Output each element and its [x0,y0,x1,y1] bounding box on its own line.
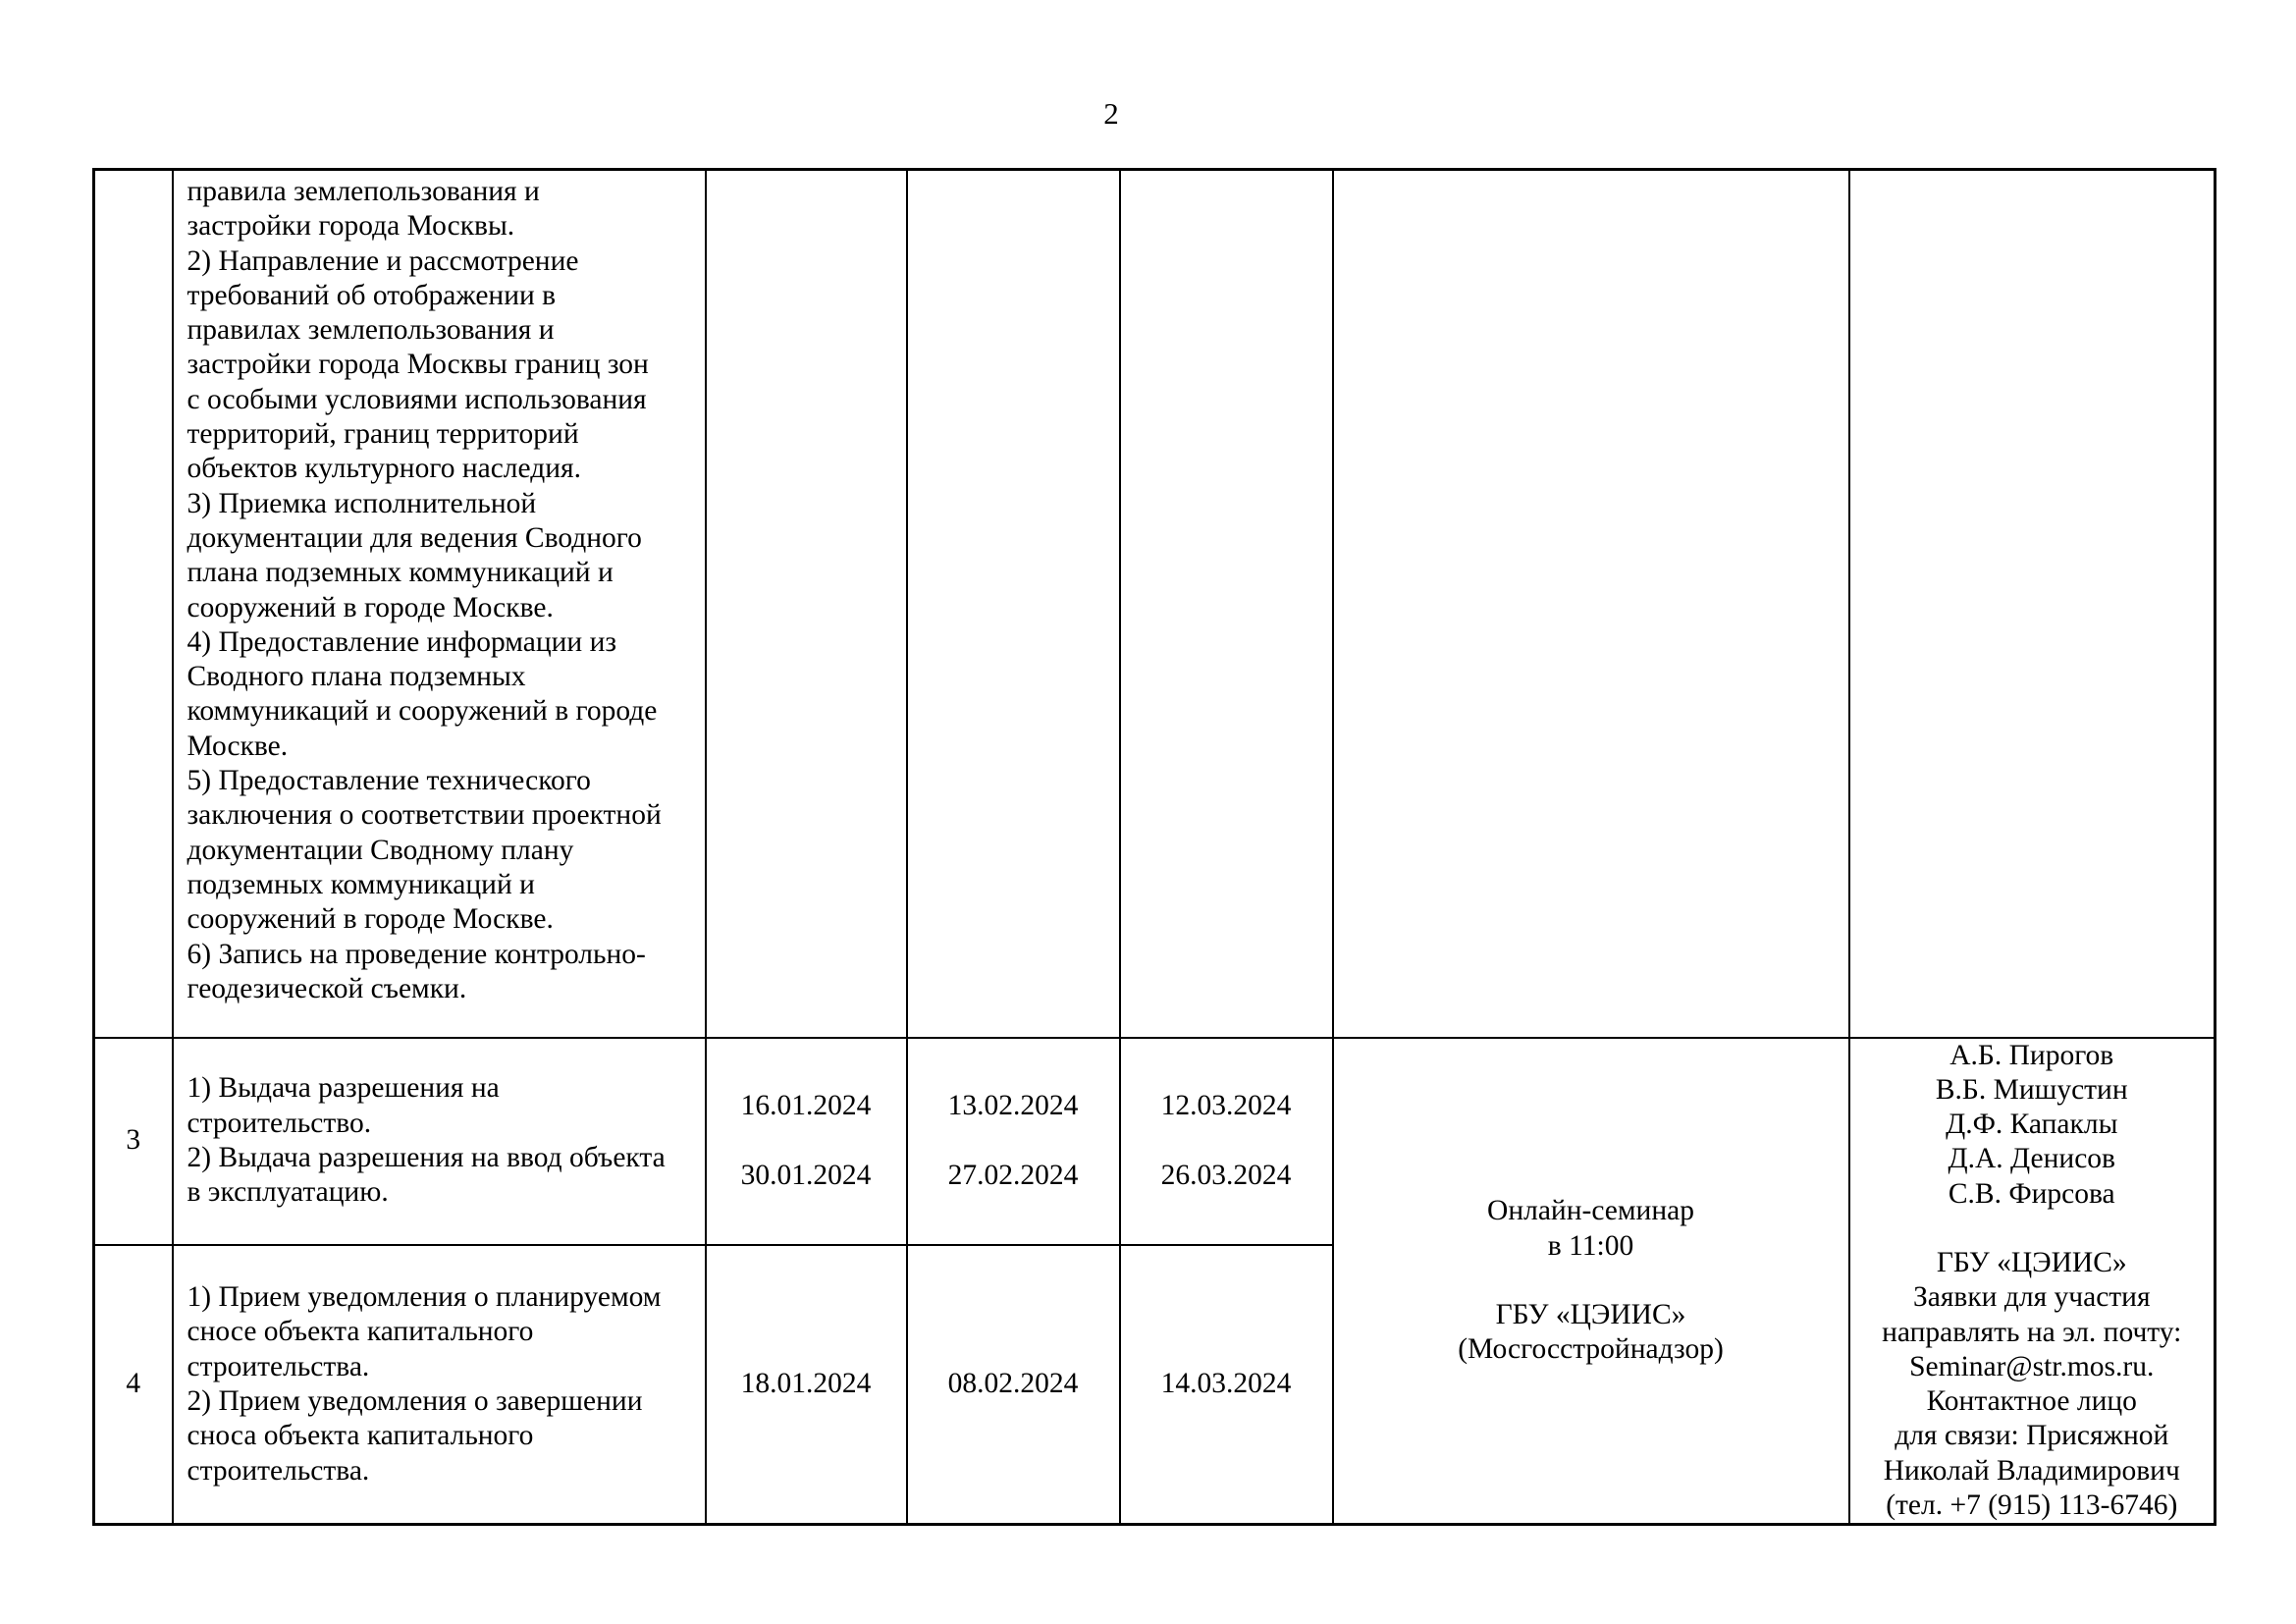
service-line: 2) Прием уведомления о завершении [187,1384,697,1419]
speaker-name: Д.А. Денисов [1850,1142,2215,1176]
service-line: 1) Прием уведомления о планируемом [187,1280,697,1315]
service-line: требований об отображении в [187,279,697,313]
format-cell-empty [1333,170,1849,1038]
service-line: объектов культурного наследия. [187,452,697,486]
services-cell: 1) Выдача разрешения настроительство.2) … [173,1038,706,1245]
format-time: в 11:00 [1334,1229,1848,1264]
service-line: строительство. [187,1107,697,1141]
speaker-name: С.В. Фирсова [1850,1177,2215,1212]
seminar-date: 26.03.2024 [1121,1159,1332,1193]
seminar-date: 12.03.2024 [1121,1089,1332,1123]
registration-info-line: (тел. +7 (915) 113-6746) [1850,1489,2215,1523]
seminar-date: 14.03.2024 [1121,1367,1332,1401]
service-line: сносе объекта капитального [187,1315,697,1349]
row-number-cell: 3 [94,1038,173,1245]
service-line: Москве. [187,730,697,764]
format-cell: Онлайн-семинар в 11:00 ГБУ «ЦЭИИС» (Мосг… [1333,1038,1849,1525]
march-dates-cell: 12.03.202426.03.2024 [1120,1038,1333,1245]
service-line: документации для ведения Сводного [187,521,697,556]
service-line: 2) Выдача разрешения на ввод объекта [187,1141,697,1175]
seminar-date: 08.02.2024 [908,1367,1119,1401]
service-line: в эксплуатацию. [187,1175,697,1210]
registration-info-line: Николай Владимирович [1850,1454,2215,1489]
speakers-org: ГБУ «ЦЭИИС» [1850,1246,2215,1280]
service-line: сооружений в городе Москве. [187,902,697,937]
speakers-cell-empty [1849,170,2216,1038]
service-line: сооружений в городе Москве. [187,591,697,625]
service-line: 2) Направление и рассмотрение [187,244,697,279]
format-type: Онлайн-семинар [1334,1194,1848,1228]
service-line: 1) Выдача разрешения на [187,1071,697,1106]
table-row: 3 1) Выдача разрешения настроительство.2… [94,1038,2216,1245]
march-dates-cell: 14.03.2024 [1120,1245,1333,1525]
speaker-name: В.Б. Мишустин [1850,1073,2215,1108]
january-dates-cell: 16.01.202430.01.2024 [706,1038,907,1245]
service-line: геодезической съемки. [187,972,697,1006]
registration-info-line: для связи: Присяжной [1850,1419,2215,1453]
service-line: застройки города Москвы границ зон [187,348,697,382]
seminar-date: 30.01.2024 [707,1159,906,1193]
page-number: 2 [0,96,2222,132]
service-line: 3) Приемка исполнительной [187,487,697,521]
service-line: строительства. [187,1350,697,1384]
row-number-cell [94,170,173,1038]
march-dates-cell [1120,170,1333,1038]
service-line: правила землепользования и [187,175,697,209]
speakers-cell: А.Б. ПироговВ.Б. МишустинД.Ф. КапаклыД.А… [1849,1038,2216,1525]
service-line: Сводного плана подземных [187,660,697,694]
seminar-date: 27.02.2024 [908,1159,1119,1193]
seminar-date: 16.01.2024 [707,1089,906,1123]
row-number-cell: 4 [94,1245,173,1525]
seminar-schedule-table: правила землепользования изастройки горо… [92,168,2216,1526]
service-line: 5) Предоставление технического [187,764,697,798]
service-line: коммуникаций и сооружений в городе [187,694,697,729]
seminar-date: 13.02.2024 [908,1089,1119,1123]
service-line: подземных коммуникаций и [187,868,697,902]
february-dates-cell: 13.02.202427.02.2024 [907,1038,1120,1245]
february-dates-cell: 08.02.2024 [907,1245,1120,1525]
speaker-name: А.Б. Пирогов [1850,1039,2215,1073]
speaker-name: Д.Ф. Капаклы [1850,1108,2215,1142]
seminar-date: 18.01.2024 [707,1367,906,1401]
february-dates-cell [907,170,1120,1038]
service-line: плана подземных коммуникаций и [187,556,697,590]
service-line: застройки города Москвы. [187,209,697,244]
january-dates-cell: 18.01.2024 [706,1245,907,1525]
service-line: 6) Запись на проведение контрольно- [187,938,697,972]
january-dates-cell [706,170,907,1038]
service-line: сноса объекта капитального [187,1419,697,1453]
service-line: 4) Предоставление информации из [187,625,697,660]
format-organizer-parent: (Мосгосстройнадзор) [1334,1332,1848,1367]
registration-email[interactable]: Seminar@str.mos.ru. [1850,1350,2215,1384]
service-line: с особыми условиями использования [187,383,697,417]
service-line: территорий, границ территорий [187,417,697,452]
service-line: документации Сводному плану [187,834,697,868]
registration-info-line: Заявки для участия [1850,1280,2215,1315]
registration-info-line: направлять на эл. почту: [1850,1316,2215,1350]
format-organizer: ГБУ «ЦЭИИС» [1334,1298,1848,1332]
table-row: правила землепользования изастройки горо… [94,170,2216,1038]
services-cell: 1) Прием уведомления о планируемомсносе … [173,1245,706,1525]
registration-info-line: Контактное лицо [1850,1384,2215,1419]
service-line: правилах землепользования и [187,313,697,348]
service-line: строительства. [187,1454,697,1489]
service-line: заключения о соответствии проектной [187,798,697,833]
services-cell: правила землепользования изастройки горо… [173,170,706,1038]
